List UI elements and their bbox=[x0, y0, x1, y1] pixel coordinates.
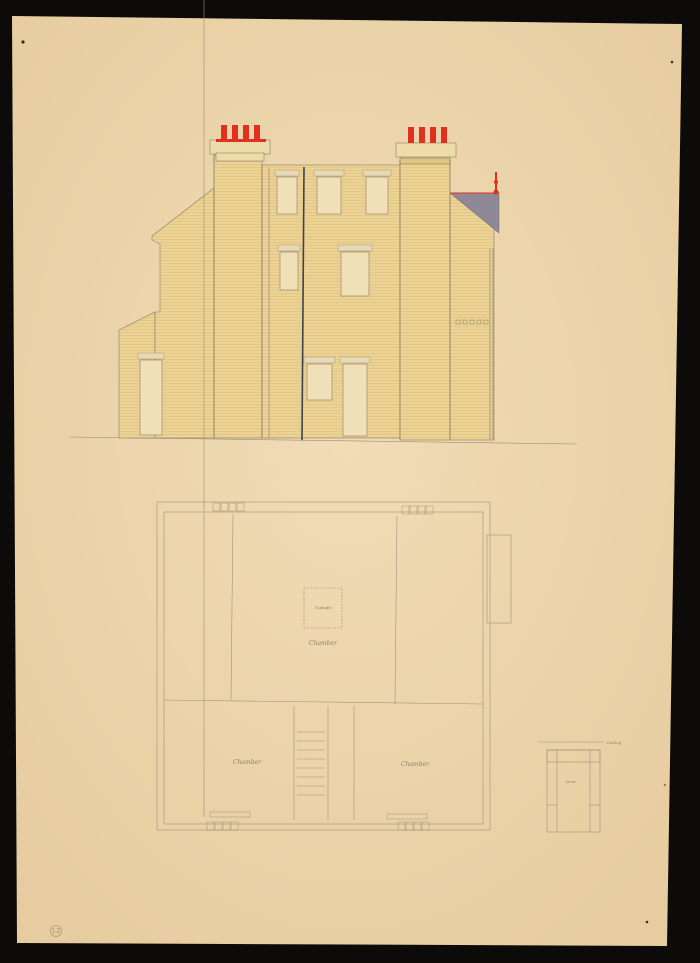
skylight-label: Toplight bbox=[315, 605, 332, 610]
drawing-sheet: Toplight Chamber Chamber Chamber Ceiling… bbox=[0, 0, 700, 963]
archive-stamp: 12 bbox=[50, 925, 62, 937]
detail-door-label: Door bbox=[566, 779, 576, 784]
paper bbox=[12, 16, 682, 946]
room-label-rear-chamber: Chamber bbox=[309, 640, 337, 647]
architectural-drawing bbox=[0, 0, 700, 963]
room-label-front-right-chamber: Chamber bbox=[401, 761, 429, 768]
room-label-front-left-chamber: Chamber bbox=[233, 759, 261, 766]
detail-ceiling-label: Ceiling bbox=[607, 740, 621, 745]
